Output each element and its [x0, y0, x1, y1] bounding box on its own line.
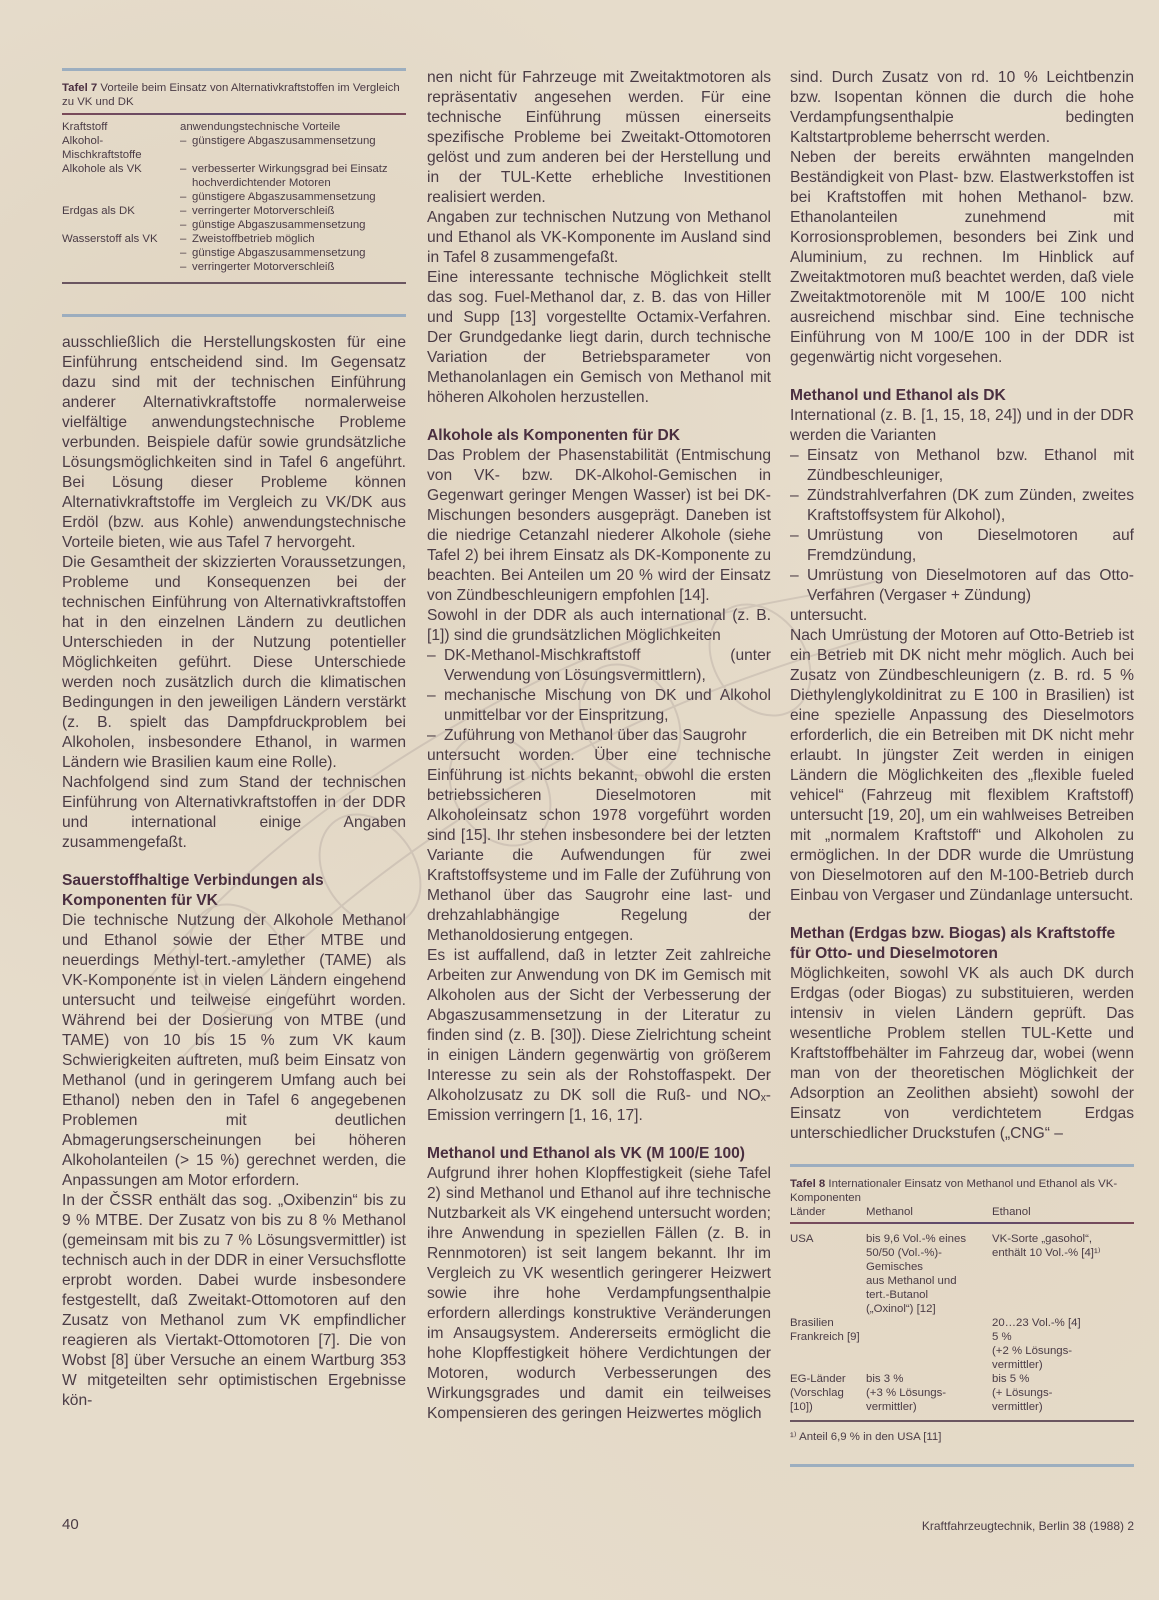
table-top-rule [790, 1164, 1134, 1167]
tafel7-row: Erdgas als DK –verringerter Motorverschl… [62, 204, 406, 232]
table-top-rule [62, 68, 406, 71]
tafel7-advantage: verringerter Motorverschleiß [192, 204, 334, 218]
tafel8-col-header: Länder [790, 1205, 866, 1219]
paragraph: Sowohl in der DDR als auch international… [427, 606, 771, 646]
paragraph: Nach Umrüstung der Motoren auf Otto-Betr… [790, 626, 1134, 906]
list-item: –mechanische Mischung von DK und Alkohol… [427, 686, 771, 726]
list-item: –Zuführung von Methanol über das Saugroh… [427, 726, 771, 746]
tafel7-advantage: günstige Abgaszusammensetzung [192, 218, 366, 232]
tafel7-col-header: Kraftstoff [62, 120, 180, 134]
tafel7-label: Tafel 7 [62, 82, 97, 94]
tafel8-table: Länder Methanol Ethanol USA bis 9,6 Vol.… [790, 1205, 1134, 1414]
section-heading: Alkohole als Komponenten für DK [427, 426, 771, 446]
paragraph: Angaben zur technischen Nutzung von Meth… [427, 208, 771, 268]
table-end-rule [790, 1464, 1134, 1467]
tafel7-fuel: Wasserstoff als VK [62, 232, 180, 274]
tafel8-row: Frankreich [9] 5 % (+2 % Lösungs- vermit… [790, 1330, 1134, 1372]
tafel7-header-row: Kraftstoff anwendungstechnische Vorteile [62, 120, 406, 134]
tafel7-advantage: verbesserter Wirkungsgrad bei Einsatz ho… [192, 162, 406, 190]
tafel7-table: Kraftstoff anwendungstechnische Vorteile… [62, 120, 406, 274]
tafel8-caption-text: Internationaler Einsatz von Methanol und… [790, 1178, 1117, 1204]
bullet-list: –DK-Methanol-Mischkraftstoff (unter Verw… [427, 646, 771, 746]
document-page: Tafel 7 Vorteile beim Einsatz von Altern… [0, 0, 1159, 1600]
tafel7-row: Alkohol-Mischkraftstoffe –günstigere Abg… [62, 134, 406, 162]
tafel7-advantage: Zweistoffbetrieb möglich [192, 232, 315, 246]
tafel8-col-header: Ethanol [992, 1205, 1134, 1219]
list-item: –Zündstrahlverfahren (DK zum Zünden, zwe… [790, 486, 1134, 526]
section-heading: Methanol und Ethanol als VK (M 100/E 100… [427, 1144, 771, 1164]
section-heading: Methan (Erdgas bzw. Biogas) als Kraftsto… [790, 924, 1134, 964]
paragraph: untersucht worden. Über eine technische … [427, 746, 771, 946]
tafel8-header-row: Länder Methanol Ethanol [790, 1205, 1134, 1222]
paragraph: Nachfolgend sind zum Stand der technisch… [62, 773, 406, 853]
paragraph: nen nicht für Fahrzeuge mit Zweitaktmoto… [427, 68, 771, 208]
column-middle: nen nicht für Fahrzeuge mit Zweitaktmoto… [427, 68, 771, 1424]
tafel8-col-header: Methanol [866, 1205, 992, 1219]
paragraph: In der ČSSR enthält das sog. „Oxibenzin“… [62, 1191, 406, 1411]
list-item: –Umrüstung von Dieselmotoren auf das Ott… [790, 566, 1134, 606]
paragraph: sind. Durch Zusatz von rd. 10 % Leichtbe… [790, 68, 1134, 148]
tafel7-fuel: Alkohol-Mischkraftstoffe [62, 134, 180, 162]
tafel7-caption-text: Vorteile beim Einsatz von Alternativkraf… [62, 82, 400, 108]
tafel7-caption: Tafel 7 Vorteile beim Einsatz von Altern… [62, 81, 406, 109]
tafel8-row: USA bis 9,6 Vol.-% eines 50/50 (Vol.-%)-… [790, 1232, 1134, 1316]
paragraph: Aufgrund ihrer hohen Klopffestigkeit (si… [427, 1164, 771, 1424]
paragraph: Neben der bereits erwähnten mangelnden B… [790, 148, 1134, 368]
tafel8-caption: Tafel 8 Internationaler Einsatz von Meth… [790, 1177, 1134, 1205]
bullet-list: –Einsatz von Methanol bzw. Ethanol mit Z… [790, 446, 1134, 606]
tafel7-row: Wasserstoff als VK –Zweistoffbetrieb mög… [62, 232, 406, 274]
paragraph: Eine interessante technische Möglichkeit… [427, 268, 771, 408]
tafel7-fuel: Alkohole als VK [62, 162, 180, 204]
paragraph: Möglichkeiten, sowohl VK als auch DK dur… [790, 964, 1134, 1144]
list-item: –Einsatz von Methanol bzw. Ethanol mit Z… [790, 446, 1134, 486]
section-heading: Sauerstoffhaltige Verbindungen als Kompo… [62, 871, 406, 911]
paragraph: Die technische Nutzung der Alkohole Meth… [62, 911, 406, 1191]
paragraph: Es ist auffallend, daß in letzter Zeit z… [427, 946, 771, 1126]
tafel7-advantage: günstige Abgaszusammensetzung [192, 246, 366, 260]
paragraph: Die Gesamtheit der skizzierten Vorausset… [62, 553, 406, 773]
tafel7-advantage: günstigere Abgaszusammensetzung [192, 190, 376, 204]
list-item: –Umrüstung von Dieselmotoren auf Fremdzü… [790, 526, 1134, 566]
tafel7-col-header: anwendungstechnische Vorteile [180, 120, 406, 134]
list-item: –DK-Methanol-Mischkraftstoff (unter Verw… [427, 646, 771, 686]
tafel7-advantage: günstigere Abgaszusammensetzung [192, 134, 376, 148]
tafel8-row: Brasilien 20…23 Vol.-% [4] [790, 1316, 1134, 1330]
column-left: Tafel 7 Vorteile beim Einsatz von Altern… [62, 68, 406, 1411]
page-number: 40 [62, 1516, 79, 1533]
paragraph: ausschließlich die Herstellungskosten fü… [62, 333, 406, 553]
tafel7-fuel: Erdgas als DK [62, 204, 180, 232]
tafel8-row: EG-Länder (Vorschlag [10]) bis 3 % (+3 %… [790, 1372, 1134, 1414]
tafel8-label: Tafel 8 [790, 1178, 825, 1190]
column-right: sind. Durch Zusatz von rd. 10 % Leichtbe… [790, 68, 1134, 1467]
tafel8-footnote: ¹⁾ Anteil 6,9 % in den USA [11] [790, 1430, 1134, 1444]
paragraph: untersucht. [790, 606, 1134, 626]
journal-citation: Kraftfahrzeugtechnik, Berlin 38 (1988) 2 [922, 1519, 1134, 1533]
section-heading: Methanol und Ethanol als DK [790, 386, 1134, 406]
tafel7-advantage: verringerter Motorverschleiß [192, 260, 334, 274]
paragraph: Das Problem der Phasenstabilität (Entmis… [427, 446, 771, 606]
paragraph: International (z. B. [1, 15, 18, 24]) un… [790, 406, 1134, 446]
table-end-rule [62, 314, 406, 317]
tafel7-row: Alkohole als VK –verbesserter Wirkungsgr… [62, 162, 406, 204]
